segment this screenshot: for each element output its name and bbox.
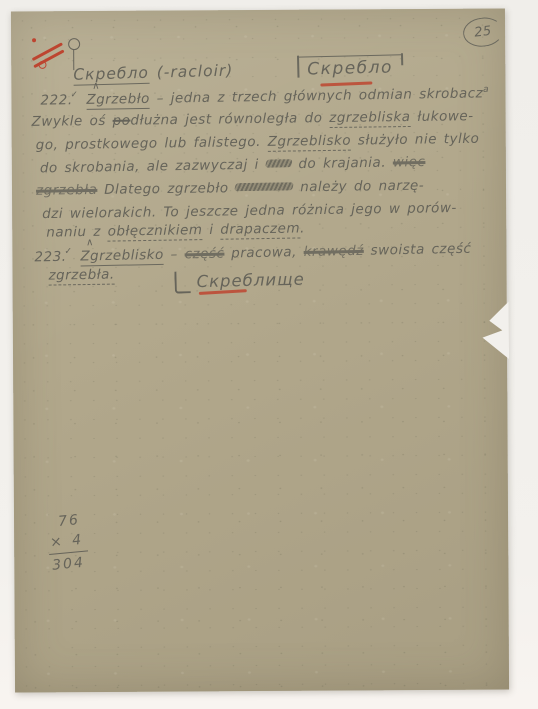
handwritten-line: do skrobania, ale zazwyczaj i do krajani… xyxy=(40,154,426,176)
gloss-word: Скреблище xyxy=(196,270,305,292)
line-text: go, prostkowego lub falistego. xyxy=(36,134,268,153)
red-tally-mark-icon xyxy=(28,36,70,72)
page-number-circled: 25 xyxy=(462,16,505,49)
superscript-correction: a xyxy=(483,85,489,95)
line-text: do krajania. xyxy=(291,155,393,173)
caret-mark: ∧ xyxy=(92,81,100,92)
line-text: dzi wielorakich. To jeszcze jedna różnic… xyxy=(42,200,457,222)
dash-underlined-text: drapaczem xyxy=(220,220,300,239)
manuscript-page: 25 Скребло (-racloir) Скребло 222.✓ ∧Zgr… xyxy=(11,8,509,692)
scribble-blot xyxy=(265,159,293,167)
line-text: łukowe- xyxy=(410,108,473,125)
scribbled-text: część xyxy=(184,246,224,263)
scan-backdrop: 25 Скребло (-racloir) Скребло 222.✓ ∧Zgr… xyxy=(0,0,538,709)
line-text: – jedna z trzech głównych odmian skrobac… xyxy=(157,85,484,106)
handwritten-line: dzi wielorakich. To jeszcze jedna różnic… xyxy=(42,200,457,222)
scribble-blot xyxy=(235,182,295,191)
line-text: Zwykle oś xyxy=(32,113,113,130)
scribbled-text: krawędź xyxy=(303,243,363,260)
line-text: – xyxy=(164,246,185,262)
line-text: naniu z xyxy=(46,224,108,241)
handwritten-line: 223.✓ ∧Zgrzeblisko – część pracowa, kraw… xyxy=(34,239,471,266)
line-text: służyło nie tylko xyxy=(351,131,480,149)
line-text: pracowa, xyxy=(224,244,304,262)
scribbled-text: zgrzebła xyxy=(36,182,98,199)
torn-edge-notch xyxy=(479,301,509,361)
scribbled-text: więc xyxy=(393,154,426,171)
pin-symbol-icon xyxy=(68,38,80,50)
pencil-arithmetic: 76 × 4 304 xyxy=(45,509,90,575)
line-text: Dlatego zgrzebło xyxy=(97,180,235,198)
entry-222-number: 222. xyxy=(40,92,72,109)
handwritten-line: zgrzebła Dlatego zgrzebło należy do narz… xyxy=(36,178,424,199)
line-text: do skrobania, ale zazwyczaj i xyxy=(40,157,266,177)
header-bracketed-title: Скребло xyxy=(298,55,402,79)
handwritten-line: Zwykle oś podłużna jest równoległa do zg… xyxy=(32,108,474,130)
dash-underlined-text: Zgrzeblisko xyxy=(268,133,352,152)
caret-mark: ∧ xyxy=(86,237,94,248)
cyrillic-gloss: Скреблище xyxy=(174,269,305,294)
arithmetic-result: 304 xyxy=(49,551,90,576)
line-text: dłużna jest równoległa do xyxy=(130,110,329,129)
entry-222-term: ∧Zgrzebło xyxy=(86,91,150,110)
dash-underlined-text: zgrzebła. xyxy=(48,267,114,286)
checkmark: ✓ xyxy=(70,90,78,100)
handwritten-line: 222.✓ ∧Zgrzebło – jedna z trzech głównyc… xyxy=(40,83,489,108)
gloss-word-wrap: Скреблище xyxy=(196,270,305,292)
struck-text: po xyxy=(113,113,131,129)
entry-223-number: 223. xyxy=(34,249,66,266)
dash-underlined-text: obłęcznikiem xyxy=(108,222,203,242)
header-title-word: Скребло xyxy=(73,64,149,86)
line-text: należy do narzę- xyxy=(293,178,424,196)
line-text: i xyxy=(202,222,220,238)
line-text: swoista część xyxy=(364,241,472,259)
header-bracketed-word: Скребло xyxy=(298,54,402,79)
entry-223-term: ∧Zgrzeblisko xyxy=(80,247,164,267)
line-text: . xyxy=(300,220,305,236)
handwritten-line: go, prostkowego lub falistego. Zgrzeblis… xyxy=(36,131,480,154)
handwritten-line: naniu z obłęcznikiem i drapaczem. xyxy=(46,220,305,240)
page-number: 25 xyxy=(474,24,493,41)
checkmark: ✓ xyxy=(64,247,72,257)
dash-underlined-text: zgrzebliska xyxy=(329,109,411,128)
handwritten-line: zgrzebła. xyxy=(48,267,114,284)
header-title-note: (-racloir) xyxy=(157,61,234,81)
hook-bracket-icon xyxy=(174,271,191,293)
